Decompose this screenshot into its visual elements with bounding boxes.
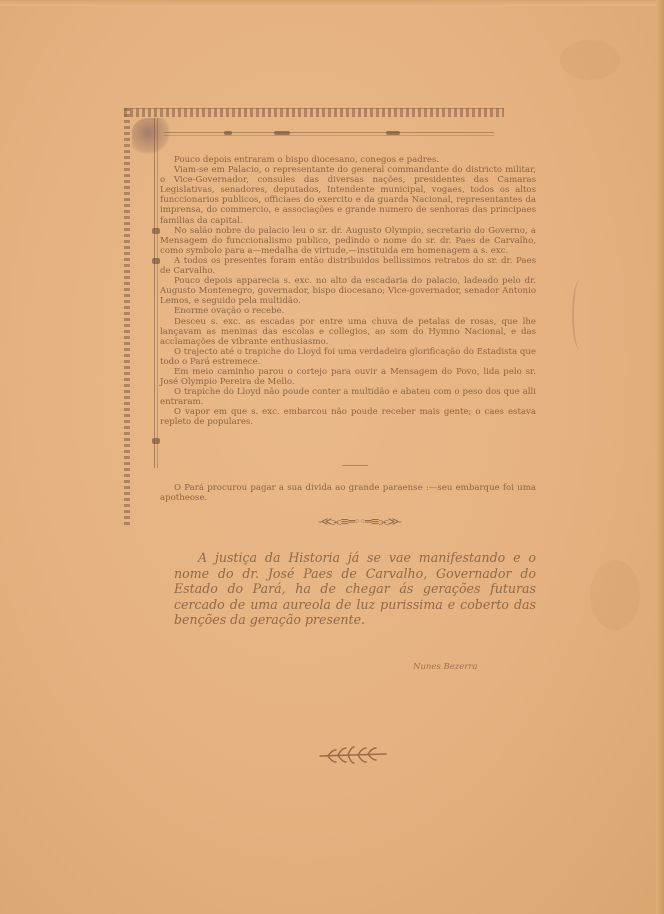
body-paragraph: O trapiche do Lloyd não poude conter a m… [160, 387, 536, 407]
page-right-edge [656, 0, 664, 914]
frame-horizontal-rule [164, 135, 494, 136]
frame-top-border [124, 108, 504, 117]
rule-ornament-icon [274, 131, 290, 135]
rule-ornament-icon [152, 228, 160, 234]
body-paragraph: O vapor em que s. exc. embarcou não poud… [160, 407, 536, 427]
paper-crease [572, 280, 588, 350]
paper-stain [560, 40, 620, 80]
closing-paragraph: O Pará procurou pagar a sua divida ao gr… [160, 483, 536, 503]
signature: Nunes Bezerra [413, 662, 477, 672]
body-paragraph: O trajecto até o trapiche do Lloyd foi u… [160, 347, 536, 367]
page-top-edge [0, 0, 664, 6]
frame-vertical-rule [154, 118, 155, 468]
body-paragraph: Enorme ovação o recebe. [160, 306, 536, 316]
body-paragraph: Desceu s. exc. as escadas por entre uma … [160, 317, 536, 347]
rule-ornament-icon [152, 438, 160, 444]
body-paragraph: Pouco depois entraram o bispo diocesano,… [160, 155, 536, 165]
divider-ornament-icon: -≪⫘≡═◦◦═≡⫘≫- [318, 515, 401, 529]
body-paragraph: A todos os presentes foram então distrib… [160, 256, 536, 276]
rule-ornament-icon [386, 131, 400, 135]
body-paragraph: Em meio caminho parou o cortejo para ouv… [160, 367, 536, 387]
closing-section: O Pará procurou pagar a sua divida ao gr… [160, 483, 536, 503]
frame-horizontal-rule [164, 132, 494, 133]
body-paragraph: Viam-se em Palacio, o representante do g… [160, 165, 536, 226]
tribute-paragraph: A justiça da Historia já se vae manifest… [174, 550, 536, 628]
body-paragraph: Pouco depois apparecia s. exc. no alto d… [160, 276, 536, 306]
section-divider [342, 465, 368, 466]
rule-ornament-icon [224, 131, 232, 135]
corner-ornament-icon [132, 118, 172, 154]
body-paragraph: No salão nobre do palacio leu o sr. dr. … [160, 226, 536, 256]
report-body: Pouco depois entraram o bispo diocesano,… [160, 155, 536, 428]
floral-ornament-icon [318, 744, 388, 764]
rule-ornament-icon [152, 258, 160, 264]
frame-vertical-rule [157, 118, 158, 468]
frame-left-border [124, 108, 130, 528]
paper-stain [590, 560, 640, 630]
tribute-section: A justiça da Historia já se vae manifest… [174, 550, 536, 628]
